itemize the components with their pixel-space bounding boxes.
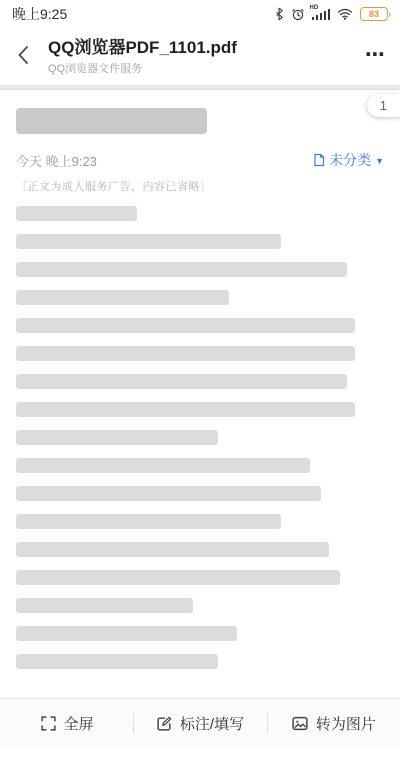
redacted-text-line (16, 290, 229, 305)
category-label: 未分类 (329, 150, 371, 170)
redacted-text-line (16, 402, 355, 417)
redacted-text-line (16, 318, 355, 333)
redacted-text-line (16, 542, 329, 557)
annotate-icon (156, 715, 173, 732)
document-timestamp: 今天 晚上9:23 (16, 151, 97, 170)
more-menu-button[interactable]: ⋯ (365, 45, 386, 65)
fullscreen-icon (40, 715, 57, 732)
annotate-label: 标注/填写 (180, 713, 244, 734)
battery-percent: 83 (369, 9, 379, 19)
redacted-text-line (16, 654, 218, 669)
wifi-icon (337, 8, 353, 20)
redacted-text-line (16, 234, 281, 249)
document-meta-row: 今天 晚上9:23 未分类 ▼ (16, 150, 384, 170)
redacted-text-line (16, 570, 340, 585)
document-viewport: 1 今天 晚上9:23 未分类 ▼ 〔正文为成人服务广告，内容已省略〕 (0, 86, 400, 698)
hd-signal-icon: HD (312, 8, 331, 20)
header-titles: QQ浏览器PDF_1101.pdf QQ浏览器文件服务 (48, 33, 353, 76)
file-service-subtitle: QQ浏览器文件服务 (48, 60, 353, 76)
home-indicator-area (0, 748, 400, 760)
redacted-text-line (16, 514, 281, 529)
alarm-icon (291, 7, 305, 21)
redacted-text-line (16, 206, 137, 221)
document-title-redacted (16, 108, 207, 134)
redacted-lines (16, 206, 384, 669)
redacted-text-line (16, 262, 347, 277)
phone-screen: 晚上9:25 HD 83 (0, 0, 400, 760)
status-icons: HD 83 (274, 7, 389, 21)
convert-image-icon (291, 715, 309, 732)
bluetooth-icon (274, 7, 284, 21)
battery-indicator: 83 (360, 7, 388, 21)
redacted-text-line (16, 374, 347, 389)
redacted-text-line (16, 458, 310, 473)
bottom-toolbar: 全屏 标注/填写 转为图片 (0, 698, 400, 748)
page-tag-icon (313, 153, 325, 167)
page-number-badge: 1 (367, 94, 400, 117)
category-selector[interactable]: 未分类 ▼ (313, 150, 384, 170)
redacted-text-line (16, 430, 218, 445)
status-time: 晚上9:25 (12, 4, 67, 24)
fullscreen-button[interactable]: 全屏 (0, 699, 133, 748)
redacted-text-line (16, 486, 321, 501)
app-header: QQ浏览器PDF_1101.pdf QQ浏览器文件服务 ⋯ (0, 28, 400, 86)
pdf-page: 今天 晚上9:23 未分类 ▼ 〔正文为成人服务广告，内容已省略〕 (0, 90, 400, 698)
back-button[interactable] (10, 42, 36, 68)
file-title: QQ浏览器PDF_1101.pdf (48, 33, 353, 58)
chevron-down-icon: ▼ (375, 156, 384, 166)
status-bar: 晚上9:25 HD 83 (0, 0, 400, 28)
convert-image-label: 转为图片 (316, 713, 376, 734)
redaction-notice: 〔正文为成人服务广告，内容已省略〕 (16, 178, 384, 194)
fullscreen-label: 全屏 (64, 713, 94, 734)
redacted-text-line (16, 598, 193, 613)
redacted-text-line (16, 626, 237, 641)
convert-image-button[interactable]: 转为图片 (267, 699, 400, 748)
annotate-button[interactable]: 标注/填写 (133, 699, 266, 748)
redacted-text-line (16, 346, 355, 361)
